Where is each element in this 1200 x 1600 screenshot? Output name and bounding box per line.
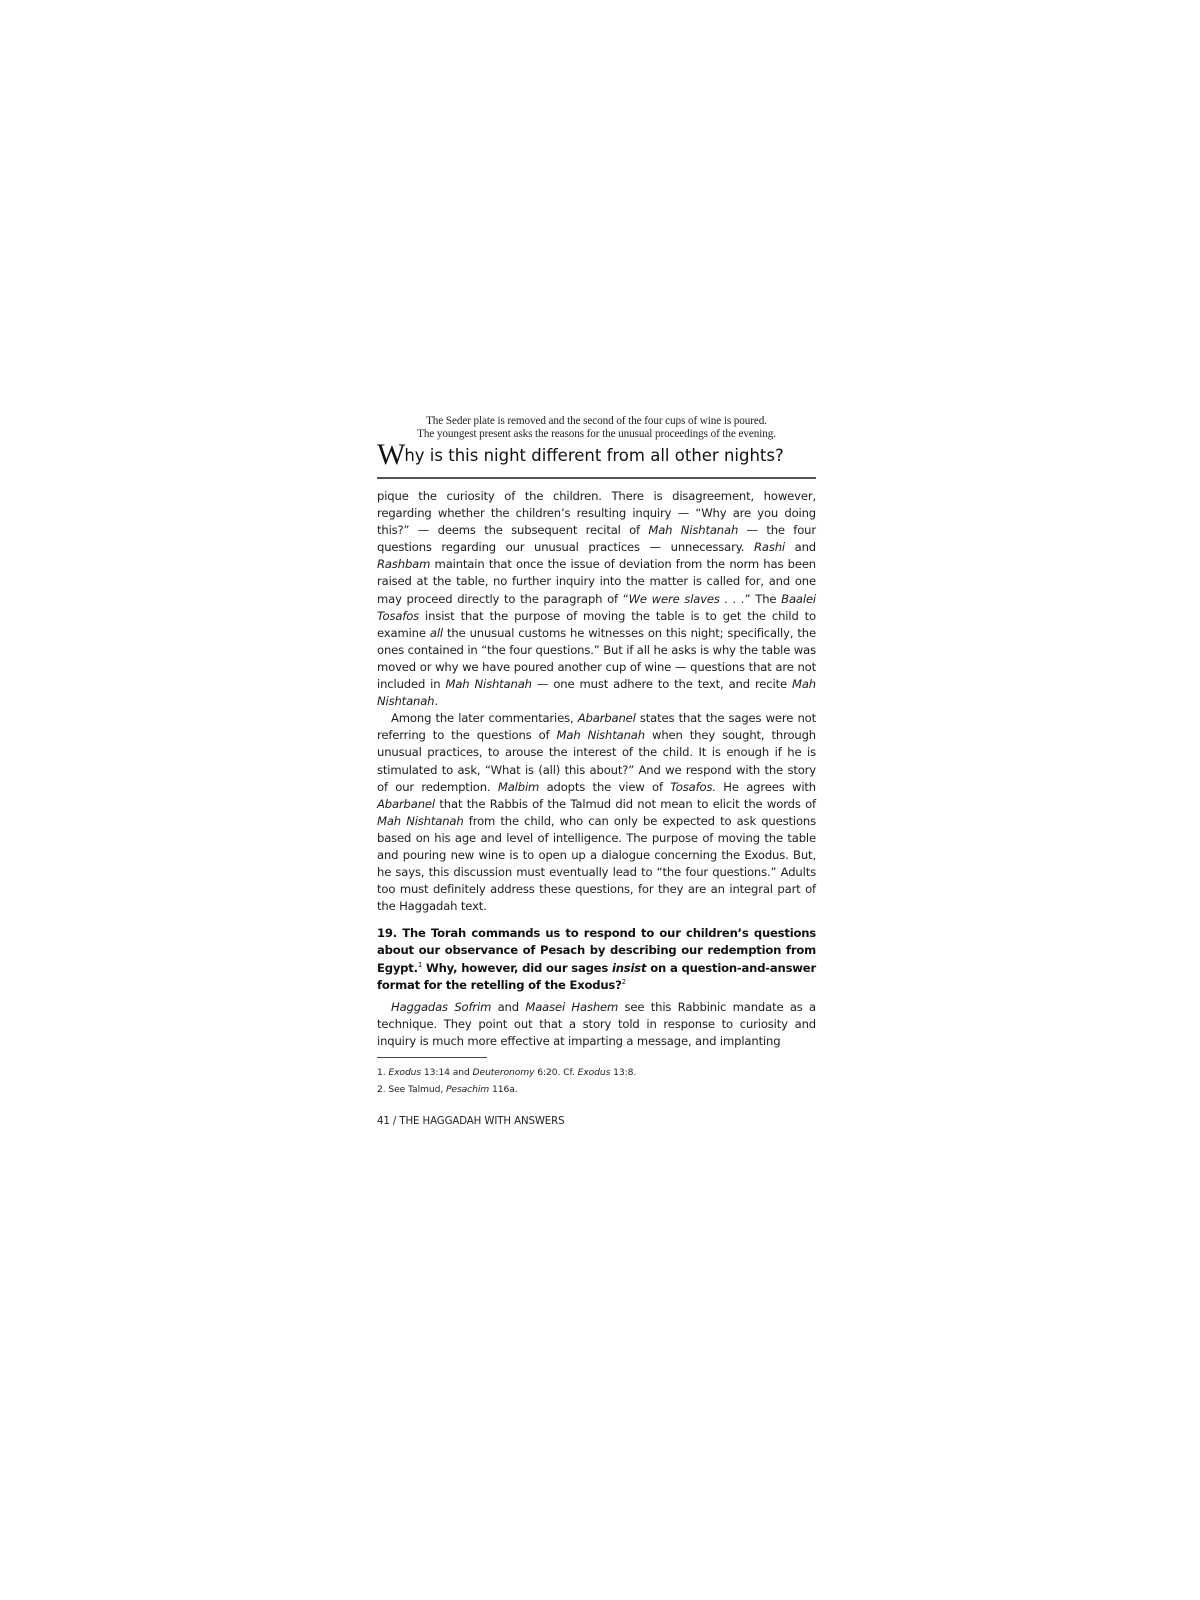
italic-term: Rashi — [754, 540, 785, 554]
italic-term: Maasei Hashem — [525, 1000, 618, 1014]
answer-19: Haggadas Sofrim and Maasei Hashem see th… — [377, 999, 816, 1050]
footnote-ref-2[interactable]: 2 — [622, 978, 626, 986]
footnote-number: 2. — [377, 1084, 388, 1095]
text: — one must adhere to the text, and recit… — [532, 677, 792, 691]
italic-term: Mah Nishtanah — [648, 523, 738, 537]
answer-paragraph: Haggadas Sofrim and Maasei Hashem see th… — [377, 999, 816, 1050]
rubric-line-2: The youngest present asks the reasons fo… — [377, 428, 816, 441]
commentary-body: pique the curiosity of the children. The… — [377, 488, 816, 915]
text: adopts the view of — [539, 780, 670, 794]
section-heading: Why is this night different from all oth… — [377, 443, 816, 468]
text: ” The — [745, 592, 781, 606]
text: He agrees with — [716, 780, 816, 794]
italic-term: Mah Nishtanah — [557, 728, 645, 742]
italic-term: Exodus — [388, 1067, 421, 1078]
italic-term: Abarbanel — [578, 711, 636, 725]
text: See Talmud, — [388, 1084, 446, 1095]
question-19: 19. The Torah commands us to respond to … — [377, 925, 816, 993]
text: Among the later commentaries, — [391, 711, 578, 725]
italic-term: insist — [612, 961, 646, 975]
running-title: THE HAGGADAH WITH ANSWERS — [399, 1116, 564, 1127]
italic-term: Abarbanel — [377, 797, 435, 811]
italic-term: Deuteronomy — [473, 1067, 535, 1078]
italic-term: Mah Nishtanah — [445, 677, 531, 691]
rubric-line-1: The Seder plate is removed and the secon… — [377, 415, 816, 428]
heading-divider — [377, 477, 816, 479]
footnote-2: 2. See Talmud, Pesachim 116a. — [377, 1081, 816, 1098]
italic-term: all — [430, 626, 443, 640]
folio-separator: / — [390, 1116, 400, 1127]
italic-term: We were slaves . . . — [629, 592, 745, 606]
text: 116a. — [489, 1084, 517, 1095]
text: Why, however, did our sages — [422, 961, 612, 975]
heading-text: hy is this night different from all othe… — [404, 446, 783, 465]
italic-term: Malbim — [498, 780, 539, 794]
page-folio: 41 / THE HAGGADAH WITH ANSWERS — [377, 1116, 816, 1127]
drop-cap: W — [377, 438, 405, 471]
footnote-number: 1. — [377, 1067, 388, 1078]
paragraph-2: Among the later commentaries, Abarbanel … — [377, 710, 816, 915]
page-number: 41 — [377, 1116, 390, 1127]
text: from the child, who can only be expected… — [377, 814, 816, 913]
text: and — [785, 540, 816, 554]
footnote-1: 1. Exodus 13:14 and Deuteronomy 6:20. Cf… — [377, 1064, 816, 1081]
italic-term: Mah Nishtanah — [377, 814, 464, 828]
footnote-divider — [377, 1057, 487, 1058]
text: 6:20. Cf. — [534, 1067, 577, 1078]
italic-term: Exodus — [578, 1067, 611, 1078]
italic-term: Tosafos. — [670, 780, 716, 794]
book-page: The Seder plate is removed and the secon… — [377, 415, 816, 1127]
italic-term: Haggadas Sofrim — [391, 1000, 491, 1014]
footnotes: 1. Exodus 13:14 and Deuteronomy 6:20. Cf… — [377, 1064, 816, 1098]
paragraph-1: pique the curiosity of the children. The… — [377, 488, 816, 710]
italic-term: Pesachim — [446, 1084, 489, 1095]
text: 13:8. — [610, 1067, 636, 1078]
text: 13:14 and — [421, 1067, 472, 1078]
text: . — [434, 694, 438, 708]
rubric-instruction: The Seder plate is removed and the secon… — [377, 415, 816, 441]
text: that the Rabbis of the Talmud did not me… — [435, 797, 816, 811]
text: and — [491, 1000, 525, 1014]
italic-term: Rashbam — [377, 557, 430, 571]
